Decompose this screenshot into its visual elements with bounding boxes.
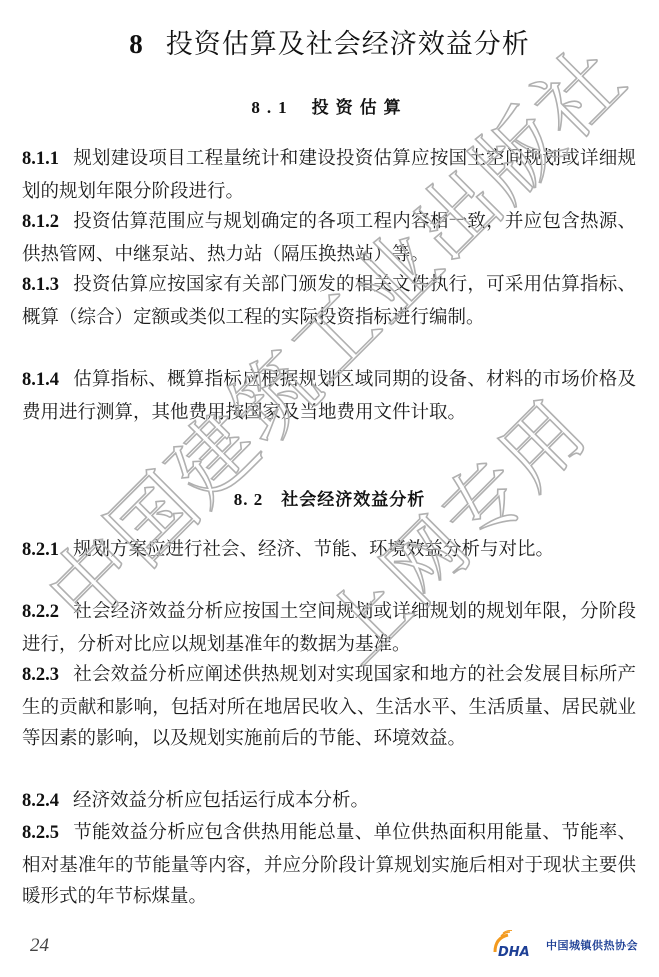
clause-8-1-3: 8.1.3投资估算应按国家有关部门颁发的相关文件执行，可采用估算指标、概算（综合… [22,269,636,333]
page-number: 24 [30,935,49,957]
section-title-text: 投资估算 [312,98,408,118]
clause-number: 8.2.3 [22,665,59,685]
svg-text:DHA: DHA [498,945,530,960]
clause-number: 8.1.1 [22,149,59,169]
clause-8-2-5: 8.2.5节能效益分析应包含供热用能总量、单位供热面积用能量、节能率、相对基准年… [22,817,636,913]
clause-8-2-1: 8.2.1规划方案应进行社会、经济、节能、环境效益分析与对比。 [22,534,636,567]
section-number: 8.1 [251,98,293,117]
clause-8-2-2: 8.2.2社会经济效益分析应按国土空间规划或详细规划的规划年限，分阶段进行，分析… [22,596,636,660]
clause-text: 社会效益分析应阐述供热规划对实现国家和地方的社会发展目标所产生的贡献和影响，包括… [22,664,636,749]
clause-text: 节能效益分析应包含供热用能总量、单位供热面积用能量、节能率、相对基准年的节能量等… [22,822,636,907]
association-logo: DHA 中国城镇供热协会 [492,930,652,960]
clause-8-1-1: 8.1.1规划建设项目工程量统计和建设投资估算应按国土空间规划或详细规划的规划年… [22,143,636,207]
clause-number: 8.2.5 [22,823,59,843]
clause-text: 估算指标、概算指标应根据规划区域同期的设备、材料的市场价格及费用进行测算，其他费… [22,369,636,423]
clause-number: 8.1.4 [22,370,59,390]
clause-text: 规划建设项目工程量统计和建设投资估算应按国土空间规划或详细规划的规划年限分阶段进… [22,148,636,202]
clause-8-2-3: 8.2.3社会效益分析应阐述供热规划对实现国家和地方的社会发展目标所产生的贡献和… [22,659,636,755]
clause-text: 经济效益分析应包括运行成本分析。 [73,790,369,811]
chapter-title-text: 投资估算及社会经济效益分析 [166,29,530,60]
clause-number: 8.2.2 [22,602,59,622]
dha-logo-icon: DHA [492,930,542,960]
clause-8-2-4: 8.2.4经济效益分析应包括运行成本分析。 [22,785,636,818]
clause-text: 投资估算范围应与规划确定的各项工程内容相一致，并应包含热源、供热管网、中继泵站、… [22,211,636,265]
chapter-title: 8投资估算及社会经济效益分析 [0,22,659,61]
section-title-text: 社会经济效益分析 [281,490,425,510]
document-page: 8投资估算及社会经济效益分析 8.1投资估算 8.1.1规划建设项目工程量统计和… [0,0,659,977]
clause-number: 8.2.4 [22,791,59,811]
clause-8-1-4: 8.1.4估算指标、概算指标应根据规划区域同期的设备、材料的市场价格及费用进行测… [22,364,636,428]
section-title-8-1: 8.1投资估算 [0,93,659,118]
organization-name: 中国城镇供热协会 [546,937,638,953]
section-title-8-2: 8. 2社会经济效益分析 [0,485,659,510]
clause-number: 8.2.1 [22,540,59,560]
chapter-number: 8 [129,29,144,59]
clause-text: 投资估算应按国家有关部门颁发的相关文件执行，可采用估算指标、概算（综合）定额或类… [22,274,636,328]
clause-text: 社会经济效益分析应按国土空间规划或详细规划的规划年限，分阶段进行，分析对比应以规… [22,601,636,655]
section-number: 8. 2 [234,490,264,509]
clause-number: 8.1.2 [22,212,59,232]
clause-text: 规划方案应进行社会、经济、节能、环境效益分析与对比。 [73,539,554,560]
clause-number: 8.1.3 [22,275,59,295]
clause-8-1-2: 8.1.2投资估算范围应与规划确定的各项工程内容相一致，并应包含热源、供热管网、… [22,206,636,270]
